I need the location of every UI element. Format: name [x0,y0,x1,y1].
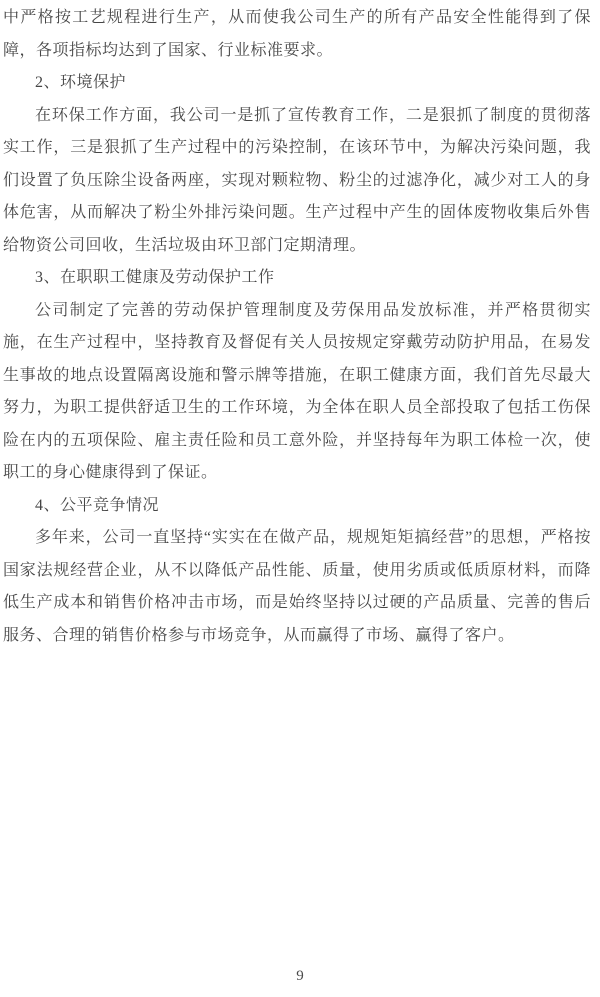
paragraph: 在环保工作方面，我公司一是抓了宣传教育工作，二是狠抓了制度的贯彻落实工作，三是狠… [3,100,591,263]
document-body: 中严格按工艺规程进行生产，从而使我公司生产的所有产品安全性能得到了保障，各项指标… [3,2,591,652]
section-heading-employee-health: 3、在职职工健康及劳动保护工作 [3,262,591,295]
section-heading-fair-competition: 4、公平竞争情况 [3,490,591,523]
document-page: 中严格按工艺规程进行生产，从而使我公司生产的所有产品安全性能得到了保障，各项指标… [0,0,600,997]
paragraph: 多年来，公司一直坚持“实实在在做产品，规规矩矩搞经营”的思想，严格按国家法规经营… [3,522,591,652]
page-number: 9 [0,967,600,985]
paragraph: 公司制定了完善的劳动保护管理制度及劳保用品发放标准，并严格贯彻实施，在生产过程中… [3,295,591,490]
paragraph: 中严格按工艺规程进行生产，从而使我公司生产的所有产品安全性能得到了保障，各项指标… [3,2,591,67]
section-heading-environment: 2、环境保护 [3,67,591,100]
